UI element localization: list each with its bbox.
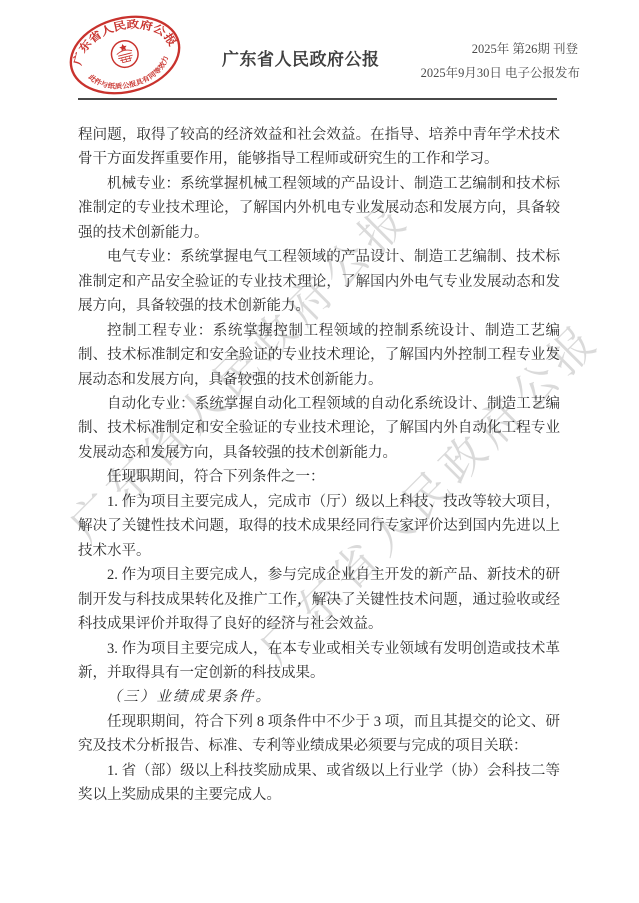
paragraph: 程问题，取得了较高的经济效益和社会效益。在指导、培养中青年学术技术骨干方面发挥重… [78, 123, 560, 172]
paragraph: 1. 省（部）级以上科技奖励成果、或省级以上行业学（协）会科技二等奖以上奖励成果… [78, 759, 560, 808]
issue-info: 2025年 第26期 刊登 [472, 39, 578, 57]
document-body: 程问题，取得了较高的经济效益和社会效益。在指导、培养中青年学术技术骨干方面发挥重… [78, 123, 560, 808]
paragraph: 任现职期间，符合下列条件之一： [78, 465, 560, 489]
paragraph: 1. 作为项目主要完成人，完成市（厅）级以上科技、技改等较大项目，解决了关键性技… [78, 490, 560, 563]
paragraph: 机械专业：系统掌握机械工程领域的产品设计、制造工艺编制和技术标准制定的专业技术理… [78, 172, 560, 245]
paragraph: 自动化专业：系统掌握自动化工程领域的自动化系统设计、制造工艺编制、技术标准制定和… [78, 392, 560, 465]
official-seal-svg: 广东省人民政府公报 此件与纸质公报具有同等效力 [58, 0, 193, 110]
document-page: 广东省人民政府公报 广东省人民政府公报 广东省人民政府公报 此件与纸质公报具有同… [0, 0, 639, 903]
paragraph: 控制工程专业：系统掌握控制工程领域的控制系统设计、制造工艺编制、技术标准制定和安… [78, 319, 560, 392]
gazette-title: 广东省人民政府公报 [222, 45, 380, 70]
publish-date: 2025年9月30日 电子公报发布 [421, 63, 580, 81]
paragraph: 2. 作为项目主要完成人，参与完成企业自主开发的新产品、新技术的研制开发与科技成… [78, 563, 560, 636]
paragraph: 任现职期间，符合下列 8 项条件中不少于 3 项，而且其提交的论文、研究及技术分… [78, 710, 560, 759]
official-seal: 广东省人民政府公报 此件与纸质公报具有同等效力 [58, 0, 193, 110]
paragraph: 3. 作为项目主要完成人，在本专业或相关专业领域有发明创造或技术革新，并取得具有… [78, 637, 560, 686]
paragraph: （三）业绩成果条件。 [78, 685, 560, 709]
header-divider [78, 98, 557, 100]
national-emblem-icon [109, 38, 141, 70]
paragraph: 电气专业：系统掌握电气工程领域的产品设计、制造工艺编制、技术标准制定和产品安全验… [78, 245, 560, 318]
